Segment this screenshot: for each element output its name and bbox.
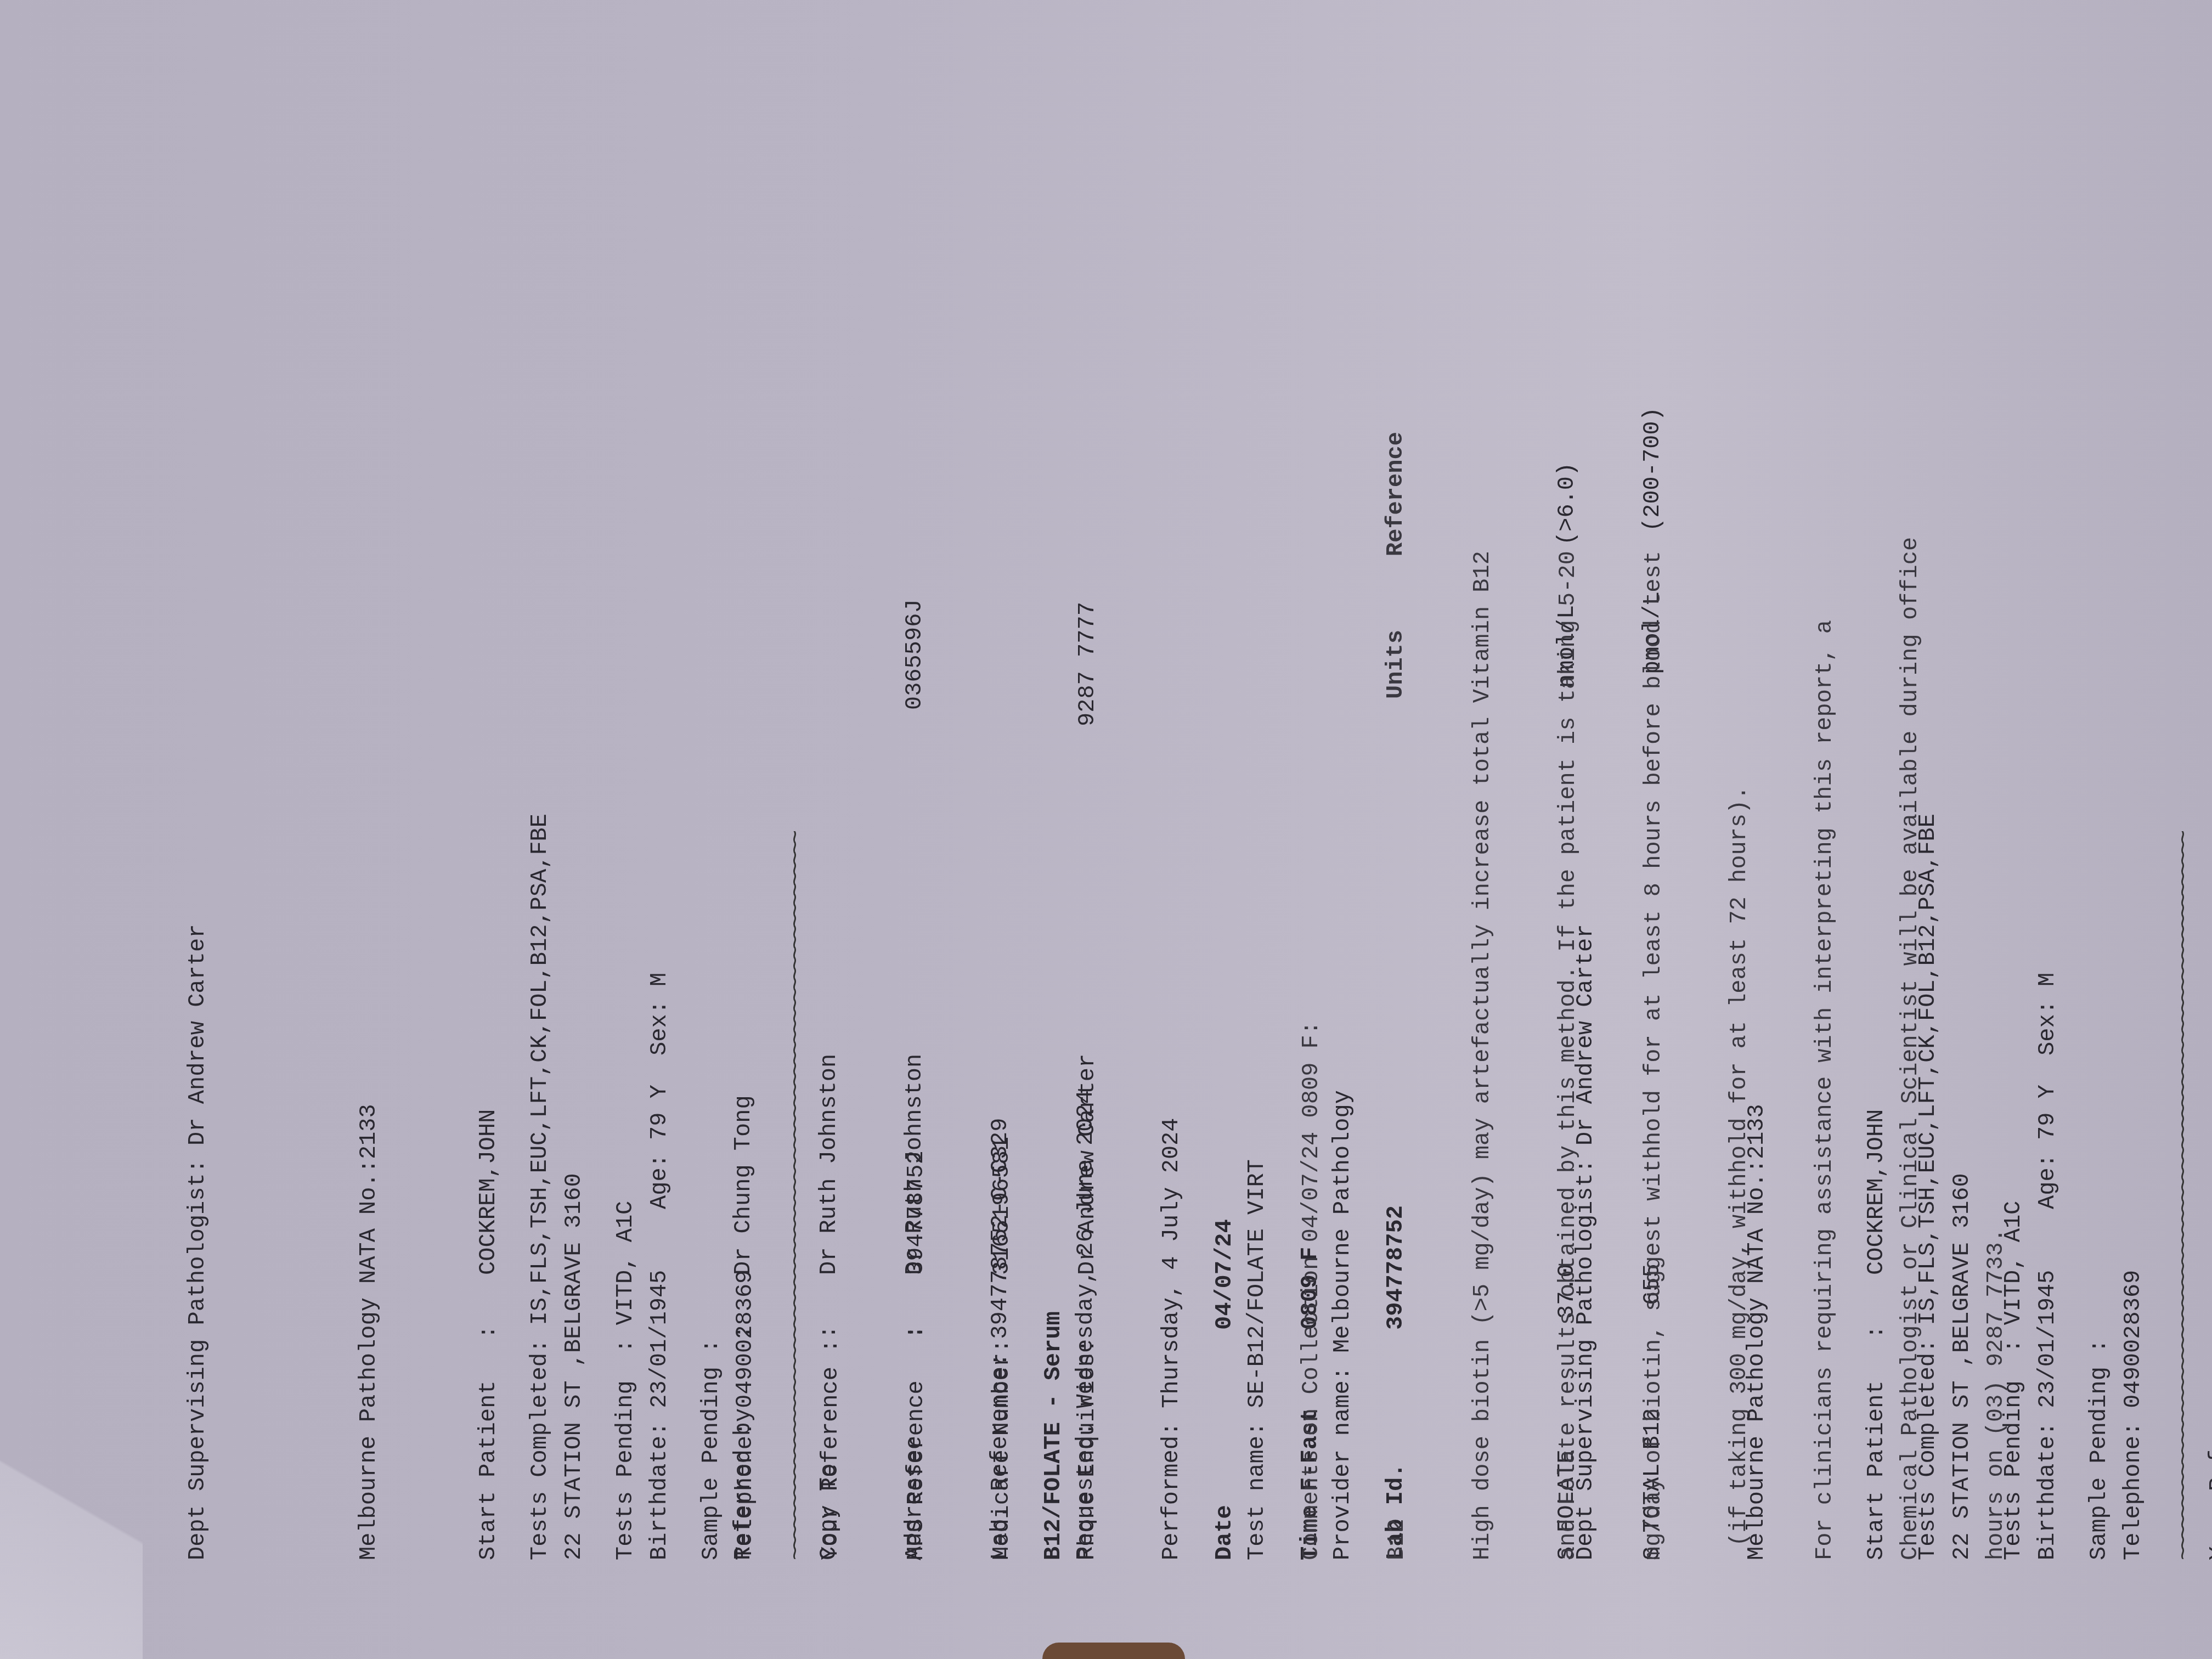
birthdate: Birthdate: 23/01/1945	[645, 1209, 674, 1560]
nata-number: Melbourne Pathology NATA No.:2133	[1742, 814, 1771, 1560]
addressee-label: Addressee :	[900, 1275, 929, 1560]
referred-by-label: Referred by :	[729, 1275, 758, 1560]
addressee-code: 0365596J	[900, 599, 929, 710]
supervising-pathologist: Dept Supervising Pathologist: Dr Andrew …	[183, 814, 212, 1560]
patient-name: COCKREM,JOHN	[474, 1109, 503, 1275]
patient-address: 22 STATION ST ,BELGRAVE 3160	[560, 602, 588, 1560]
patient-block-repeat: Start Patient :COCKREM,JOHN 22 STATION S…	[1805, 602, 2212, 1560]
start-patient-label: Start Patient :	[474, 1275, 503, 1560]
patient-address: 22 STATION ST ,BELGRAVE 3160	[1948, 602, 1976, 1560]
birthdate: Birthdate: 23/01/1945	[2033, 1209, 2062, 1560]
nata-number: Melbourne Pathology NATA No.:2133	[354, 814, 383, 1560]
referred-by: Dr Chung Tong	[729, 1095, 758, 1275]
report-page: Dept Supervising Pathologist: Dr Andrew …	[0, 13, 2212, 1659]
patient-name: COCKREM,JOHN	[1862, 1109, 1891, 1275]
supervising-pathologist: Dept Supervising Pathologist: Dr Andrew …	[1571, 814, 1600, 1560]
date-label: Date	[1210, 1330, 1239, 1560]
comment-line: High dose biotin (>5 mg/day) may artefac…	[1468, 537, 1497, 1560]
comments-subject: B12	[1383, 537, 1411, 1560]
result-title: B12/FOLATE - Serum	[1039, 407, 1068, 1560]
copy-to-label: Copy To :	[815, 1275, 843, 1560]
start-patient-label: Start Patient :	[1862, 1275, 1891, 1560]
telephone: Telephone: 0490028369	[2119, 602, 2147, 1560]
copy-to: Dr Ruth Johnston	[815, 1054, 843, 1275]
addressee: Dr Ruth Johnston	[900, 710, 929, 1275]
comments-heading: Comments on Collection 04/07/24 0809 F:	[1297, 537, 1325, 1560]
sex: Sex: M	[645, 973, 674, 1056]
report-sheet: Dept Supervising Pathologist: Dr Andrew …	[0, 13, 685, 1659]
age: Age: 79 Y	[2033, 1056, 2062, 1209]
age: Age: 79 Y	[645, 1056, 674, 1209]
collection-date: 04/07/24	[1210, 1219, 1239, 1330]
sex: Sex: M	[2033, 973, 2062, 1056]
your-reference-label: Your Reference :	[2204, 602, 2212, 1560]
